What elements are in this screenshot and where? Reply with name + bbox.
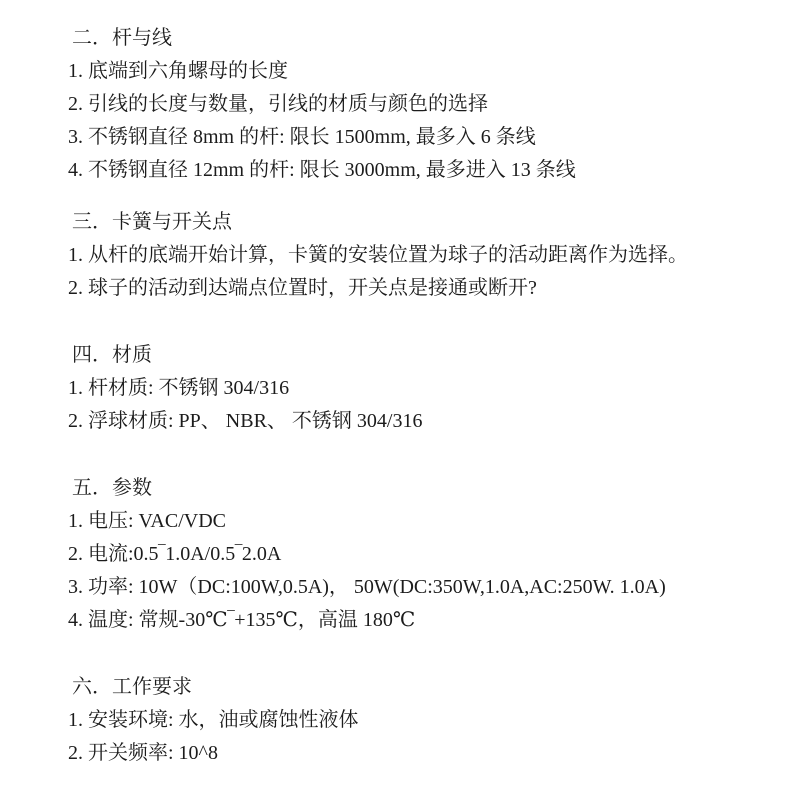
list-item: 2. 电流:0.5‾1.0A/0.5‾2.0A xyxy=(68,538,770,571)
section-heading: 四．材质 xyxy=(68,339,770,372)
section-parameters: 五．参数 1. 电压: VAC/VDC 2. 电流:0.5‾1.0A/0.5‾2… xyxy=(68,472,770,637)
section-working-requirements: 六．工作要求 1. 安装环境: 水，油或腐蚀性液体 2. 开关频率: 10^8 xyxy=(68,671,770,770)
list-item: 2. 浮球材质: PP、 NBR、 不锈钢 304/316 xyxy=(68,405,770,438)
section-heading: 二．杆与线 xyxy=(68,22,770,55)
list-item: 1. 从杆的底端开始计算，卡簧的安装位置为球子的活动距离作为选择。 xyxy=(68,239,770,272)
list-item: 2. 引线的长度与数量，引线的材质与颜色的选择 xyxy=(68,88,770,121)
list-item: 2. 球子的活动到达端点位置时，开关点是接通或断开? xyxy=(68,272,770,305)
list-item: 4. 温度: 常规-30℃‾+135℃，高温 180℃ xyxy=(68,604,770,637)
list-item: 1. 安装环境: 水，油或腐蚀性液体 xyxy=(68,704,770,737)
list-item: 1. 电压: VAC/VDC xyxy=(68,505,770,538)
list-item: 2. 开关频率: 10^8 xyxy=(68,737,770,770)
section-heading: 三．卡簧与开关点 xyxy=(68,206,770,239)
section-circlip-switch-points: 三．卡簧与开关点 1. 从杆的底端开始计算，卡簧的安装位置为球子的活动距离作为选… xyxy=(68,206,770,305)
list-item: 3. 功率: 10W（DC:100W,0.5A)， 50W(DC:350W,1.… xyxy=(68,571,770,604)
section-materials: 四．材质 1. 杆材质: 不锈钢 304/316 2. 浮球材质: PP、 NB… xyxy=(68,339,770,438)
section-heading: 五．参数 xyxy=(68,472,770,505)
document-page: 二．杆与线 1. 底端到六角螺母的长度 2. 引线的长度与数量，引线的材质与颜色… xyxy=(0,0,800,786)
list-item: 3. 不锈钢直径 8mm 的杆: 限长 1500mm, 最多入 6 条线 xyxy=(68,121,770,154)
list-item: 1. 底端到六角螺母的长度 xyxy=(68,55,770,88)
section-rod-and-wire: 二．杆与线 1. 底端到六角螺母的长度 2. 引线的长度与数量，引线的材质与颜色… xyxy=(68,22,770,187)
section-heading: 六．工作要求 xyxy=(68,671,770,704)
list-item: 4. 不锈钢直径 12mm 的杆: 限长 3000mm, 最多进入 13 条线 xyxy=(68,154,770,187)
list-item: 1. 杆材质: 不锈钢 304/316 xyxy=(68,372,770,405)
